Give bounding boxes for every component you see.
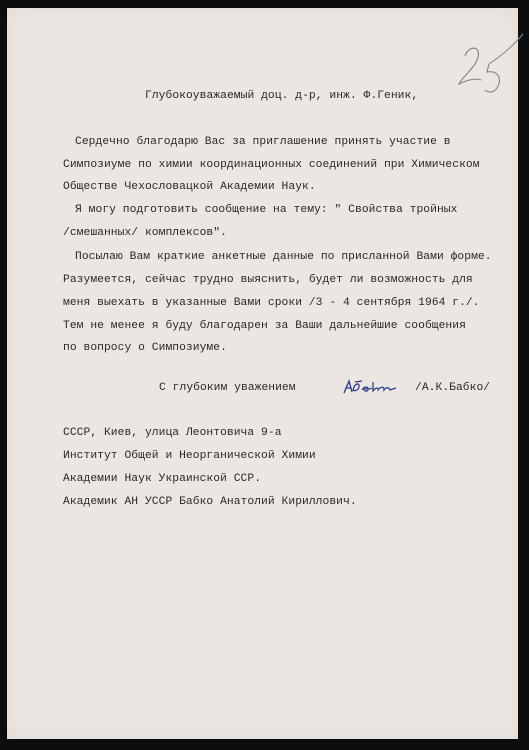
- address-line: Академии Наук Украинской ССР.: [63, 472, 261, 486]
- address-line: Институт Общей и Неорганической Химии: [63, 449, 316, 463]
- handwritten-folio-number: [445, 26, 525, 96]
- body-line: /смешанных/ комплексов".: [63, 226, 227, 240]
- body-line: Тем не менее я буду благодарен за Ваши д…: [63, 319, 466, 333]
- body-line: Сердечно благодарю Вас за приглашение пр…: [75, 135, 451, 149]
- address-line: СССР, Киев, улица Леонтовича 9-а: [63, 426, 282, 440]
- body-line: Симпозиуме по химии координационных соед…: [63, 158, 480, 172]
- body-line: меня выехать в указанные Вами сроки /3 -…: [63, 296, 480, 310]
- handwritten-signature: [342, 378, 398, 396]
- letter-page: Глубокоуважаемый доц. д-р, инж. Ф.Геник,…: [7, 8, 518, 739]
- body-line: по вопросу о Симпозиуме.: [63, 341, 227, 355]
- body-line: Разумеется, сейчас трудно выяснить, буде…: [63, 273, 473, 287]
- signer-name: /А.К.Бабко/: [415, 381, 490, 395]
- body-line: Обществе Чехословацкой Академии Наук.: [63, 180, 316, 194]
- salutation: Глубокоуважаемый доц. д-р, инж. Ф.Геник,: [145, 89, 418, 103]
- address-line: Академик АН УССР Бабко Анатолий Кириллов…: [63, 495, 357, 509]
- body-line: Я могу подготовить сообщение на тему: " …: [75, 203, 457, 217]
- closing: С глубоким уважением: [159, 381, 296, 395]
- body-line: Посылаю Вам краткие анкетные данные по п…: [75, 250, 492, 264]
